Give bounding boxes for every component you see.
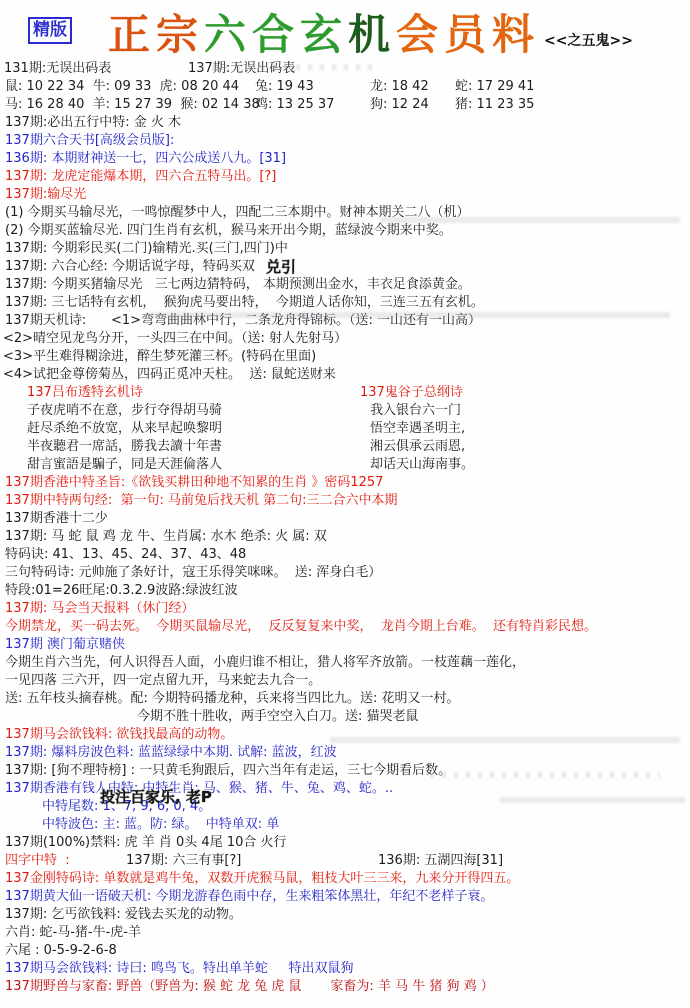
- text-line: 马: 16 28 40 羊: 15 27 39 猴: 02 14 38鸡: 13…: [0, 96, 690, 114]
- scan-artifact: [430, 772, 660, 778]
- title-segment: 机: [348, 10, 396, 59]
- scan-artifact: [380, 217, 680, 223]
- text-line: 137期:必出五行中特: 金 火 木: [0, 114, 690, 132]
- text-part: 猪: 11 23 35: [455, 96, 534, 114]
- text-line: 中特波色: 主: 蓝。防: 绿。 中特单双: 单: [0, 816, 690, 834]
- text-part: 悟空幸遇圣明主,: [370, 420, 465, 438]
- text-line: 137期(100%)禁料: 虎 羊 肖 0头 4尾 10合 火行: [0, 834, 690, 852]
- text-part: 131期:无误出码表: [4, 60, 111, 78]
- text-part: 136期: 五湖四海[31]: [378, 852, 503, 870]
- text-line: <4>试把金尊傍菊丛，四码正觅冲天柱。 送: 鼠蛇送财来: [0, 366, 690, 384]
- text-line: 137期: 乞丐欲钱料: 爱钱去买龙的动物。: [0, 906, 690, 924]
- text-part: 马: 16 28 40 羊: 15 27 39 猴: 02 14 38: [5, 96, 260, 114]
- text-line: 今期生肖六当先，何人识得吾人面，小鹿归谁不相让，猎人将军齐放箭。一枝莲藕一莲化，: [0, 654, 690, 672]
- text-line: 137期黄大仙一语破天机: 今期龙游春色雨中存，生来粗笨体黑壮，年纪不老样子衰。: [0, 888, 690, 906]
- text-line: 137期: 今期彩民买(二门)输精光.买(三门,四门)中: [0, 240, 690, 258]
- text-line: 137期香港十二少: [0, 510, 690, 528]
- series-label: <<之五鬼>>: [544, 30, 633, 50]
- content-lines: 131期:无误出码表137期:无误出码表鼠: 10 22 34 牛: 09 33…: [0, 57, 690, 996]
- scan-artifact: [500, 797, 685, 803]
- text-line: 137期中特两句经: 第一句: 马前兔后找天机 第二句:三二合六中本期: [0, 492, 690, 510]
- text-part: 鼠: 10 22 34 牛: 09 33 虎: 08 20 44: [5, 78, 239, 96]
- member-material-sheet: 精版 正宗六合玄机会员料 <<之五鬼>> 131期:无误出码表137期:无误出码…: [0, 0, 690, 1008]
- text-line: 今期不胜十胜收，两手空空入白刀。送: 猫哭老鼠: [0, 708, 690, 726]
- text-line: (2) 今期买蓝输尽光. 四门生肖有玄机，猴马来开出今期，蓝绿波今期来中奖。: [0, 222, 690, 240]
- text-part: 子夜虎哨不在意，步行夺得胡马骑: [27, 402, 222, 420]
- text-line: 137期 澳门葡京赌侠: [0, 636, 690, 654]
- text-line: 137期: 三七话特有玄机， 猴狗虎马要出特， 今期道人话你知，三连三五有玄机。: [0, 294, 690, 312]
- title-segment: 会员料: [396, 10, 540, 59]
- overlapped-print-text: 投注百家乐, 老P: [100, 786, 212, 807]
- text-part: 兔: 19 43: [255, 78, 314, 96]
- scan-artifact: [330, 737, 680, 743]
- text-line: 今期禁龙，买一码去死。 今期买鼠输尽光， 反反复复来中奖， 龙肖今期上台难。 还…: [0, 618, 690, 636]
- text-part: 137吕布透特玄机诗: [27, 384, 143, 402]
- text-line: 甜言蜜語是騙子，同是天涯倫落人却话天山海南事。: [0, 456, 690, 474]
- text-line: 137期: 马会当天报料（休门经）: [0, 600, 690, 618]
- text-line: 136期: 本期财神送一七，四六公成送八九。[31]: [0, 150, 690, 168]
- text-part: 狗: 12 24: [370, 96, 429, 114]
- text-line: 一见四落 三六开，四一定点留九开，马来蛇去九合一。: [0, 672, 690, 690]
- overlapped-print-text: 兑引: [266, 256, 296, 277]
- text-line: 鼠: 10 22 34 牛: 09 33 虎: 08 20 44兔: 19 43…: [0, 78, 690, 96]
- text-line: 四字中特 :137期: 六三有事[?]136期: 五湖四海[31]: [0, 852, 690, 870]
- text-line: 137期马会欲钱料: 诗曰: 鸣鸟飞。特出单羊蛇 特出双鼠狗: [0, 960, 690, 978]
- text-part: 却话天山海南事。: [370, 456, 474, 474]
- text-line: 137期六合天书[高级会员版]:: [0, 132, 690, 150]
- text-line: 137期: 龙虎定能爆本期，四六合五特马出。[?]: [0, 168, 690, 186]
- text-line: 137期野兽与家畜: 野兽（野兽为: 猴 蛇 龙 兔 虎 鼠 家畜为: 羊 马 …: [0, 978, 690, 996]
- text-line: 137期香港中特圣旨:《欲钱买耕田种地不知累的生肖 》密码1257: [0, 474, 690, 492]
- text-line: 137期: 爆料房波色料: 蓝蓝绿绿中本期. 试解: 蓝波，红波: [0, 744, 690, 762]
- title-segment: 正宗: [108, 10, 204, 59]
- text-line: 送: 五年枝头摘春桃。配: 今期特码播龙种，兵来将当四比九。送: 花明又一村。: [0, 690, 690, 708]
- text-line: 半夜聽君一席話，勝我去讀十年書湘云俱承云雨恩,: [0, 438, 690, 456]
- edition-badge: 精版: [28, 17, 72, 44]
- text-part: 137期: 六三有事[?]: [126, 852, 241, 870]
- text-part: 137鬼谷子总纲诗: [360, 384, 463, 402]
- text-line: 137期: 今期买猪输尽光 三七两边猜特码， 本期预测出金水，丰衣足食添黄金。: [0, 276, 690, 294]
- text-part: 我入银台六一门: [370, 402, 461, 420]
- text-line: <3>平生难得糊涂进，醉生梦死灌三杯。(特码在里面): [0, 348, 690, 366]
- text-line: 子夜虎哨不在意，步行夺得胡马骑我入银台六一门: [0, 402, 690, 420]
- text-part: 赶尽杀绝不放宽，从来早起唤黎明: [27, 420, 222, 438]
- text-part: 四字中特 :: [5, 852, 70, 870]
- text-part: 鸡: 13 25 37: [255, 96, 334, 114]
- text-part: 甜言蜜語是騙子，同是天涯倫落人: [27, 456, 222, 474]
- text-part: 龙: 18 42: [370, 78, 429, 96]
- page-title: 正宗六合玄机会员料: [108, 2, 540, 62]
- text-line: 137期: 马 蛇 鼠 鸡 龙 牛、生肖属: 水木 绝杀: 火 属: 双: [0, 528, 690, 546]
- text-line: 137金刚特码诗: 单数就是鸡牛兔，双数开虎猴马鼠，粗枝大叶三三来，九来分开得四…: [0, 870, 690, 888]
- text-line: 137期:输尽光: [0, 186, 690, 204]
- text-line: 特段:01=26旺尾:0.3.2.9波路:绿波红波: [0, 582, 690, 600]
- title-segment: 六合玄: [204, 10, 348, 59]
- scan-artifact: [200, 64, 380, 70]
- text-line: <2>晴空见龙鸟分开，一头四三在中间。（送: 射人先射马）: [0, 330, 690, 348]
- text-line: 特码诀: 41、13、45、24、37、43、48: [0, 546, 690, 564]
- text-line: 赶尽杀绝不放宽，从来早起唤黎明悟空幸遇圣明主,: [0, 420, 690, 438]
- text-line: 137期: 六合心经: 今期话说字母，特码买双: [0, 258, 690, 276]
- text-line: 137吕布透特玄机诗137鬼谷子总纲诗: [0, 384, 690, 402]
- text-line: 三句特码诗: 元帅施了条好计，寇王乐得笑咪咪。 送: 浑身白毛）: [0, 564, 690, 582]
- scan-artifact: [150, 312, 670, 318]
- text-part: 半夜聽君一席話，勝我去讀十年書: [27, 438, 222, 456]
- sheet-header: 精版 正宗六合玄机会员料 <<之五鬼>>: [0, 0, 690, 57]
- text-line: 六肖: 蛇-马-猪-牛-虎-羊: [0, 924, 690, 942]
- text-line: 六尾 : 0-5-9-2-6-8: [0, 942, 690, 960]
- text-part: 蛇: 17 29 41: [455, 78, 534, 96]
- text-part: 湘云俱承云雨恩,: [370, 438, 465, 456]
